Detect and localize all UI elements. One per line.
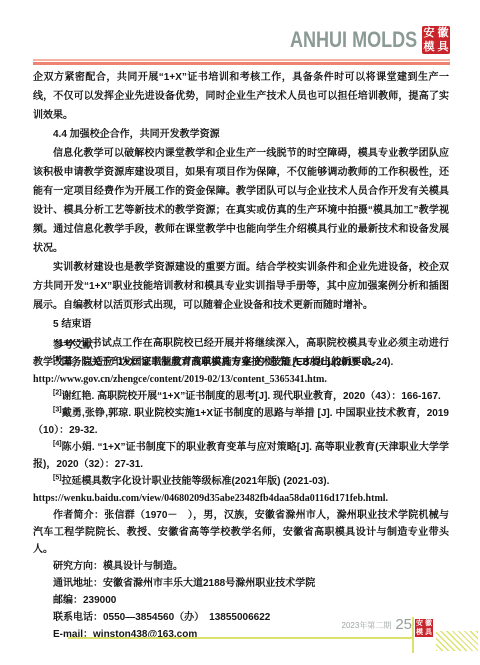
footer-hatch-decoration <box>436 631 478 651</box>
section-heading-4-4: 4.4 加强校企合作，共同开发教学资源 <box>33 125 449 144</box>
journal-page: ANHUI MOLDS 安 徽 模 具 企双方紧密配合，共同开展“1+X”证书培… <box>0 0 480 665</box>
seal-char: 模 <box>422 40 436 54</box>
reference-marker: [1] <box>53 356 62 363</box>
reference-item: [3]戴勇,张铮,郭琼. 职业院校实施1+X证书制度的思路与举措 [J]. 中国… <box>33 405 449 439</box>
seal-char: 安 <box>415 619 424 628</box>
journal-seal-logo: 安 徽 模 具 <box>422 26 450 54</box>
article-body: 企双方紧密配合，共同开展“1+X”证书培训和考核工作，具备条件时可以将课堂建到生… <box>33 68 449 372</box>
reference-url: https://wenku.baidu.com/view/04680209d35… <box>33 490 449 507</box>
reference-url: http://www.gov.cn/zhengce/content/2019-0… <box>33 371 449 388</box>
seal-char: 具 <box>436 40 450 54</box>
author-bio-line: 作者简介：张信群（1970－ ），男，汉族，安徽省滁州市人，滁州职业技术学院机械… <box>33 507 449 558</box>
page-header: ANHUI MOLDS 安 徽 模 具 <box>262 26 450 54</box>
reference-item: [2]谢红艳. 高职院校开展“1+X”证书制度的思考[J]. 现代职业教育，20… <box>33 388 449 405</box>
seal-char: 具 <box>424 628 433 637</box>
footer-issue-label: 2023年第二期 <box>342 620 392 633</box>
references-heading: 参考文献： <box>33 337 449 354</box>
reference-marker: [3] <box>53 407 62 414</box>
reference-marker: [2] <box>53 390 62 397</box>
footer-vertical-rule <box>412 617 414 653</box>
references-section: 参考文献： [1]国务院关于印发国家职业教育改革实施方案 的 通 知 [EB/O… <box>33 337 449 643</box>
reference-item: [5]拉延模具数字化设计职业技能等级标准(2021年版) (2021-03). <box>33 473 449 490</box>
journal-title: ANHUI MOLDS <box>290 27 417 53</box>
footer-journal-seal: 安 徽 模 具 <box>415 619 433 637</box>
reference-item: [1]国务院关于印发国家职业教育改革实施方案 的 通 知 [EB/OL].(20… <box>33 354 449 371</box>
footer-page-number: 25 <box>395 616 412 633</box>
author-research-line: 研究方向：模具设计与制造。 <box>33 558 449 575</box>
body-paragraph: 信息化教学可以破解校内课堂教学和企业生产一线脱节的时空障碍，模具专业教学团队应该… <box>33 144 449 258</box>
body-paragraph: 实训教材建设也是教学资源建设的重要方面。结合学校实训条件和企业先进设备，校企双方… <box>33 258 449 315</box>
seal-char: 安 <box>422 26 436 40</box>
footer-folio: 2023年第二期 25 <box>342 616 412 633</box>
section-heading-5: 5 结束语 <box>33 315 449 334</box>
header-divider-rule <box>33 59 450 65</box>
body-paragraph: 企双方紧密配合，共同开展“1+X”证书培训和考核工作，具备条件时可以将课堂建到生… <box>33 68 449 125</box>
seal-char: 模 <box>415 628 424 637</box>
reference-item: [4]陈小娟. “1+X”证书制度下的职业教育变革与应对策略[J]. 高等职业教… <box>33 439 449 473</box>
reference-marker: [4] <box>53 441 62 448</box>
seal-char: 徽 <box>424 619 433 628</box>
author-postcode-line: 邮编：239000 <box>33 592 449 609</box>
reference-marker: [5] <box>53 475 62 482</box>
author-address-line: 通讯地址：安徽省滁州市丰乐大道2188号滁州职业技术学院 <box>33 575 449 592</box>
seal-char: 徽 <box>436 26 450 40</box>
footer-horizontal-rule <box>68 637 413 639</box>
